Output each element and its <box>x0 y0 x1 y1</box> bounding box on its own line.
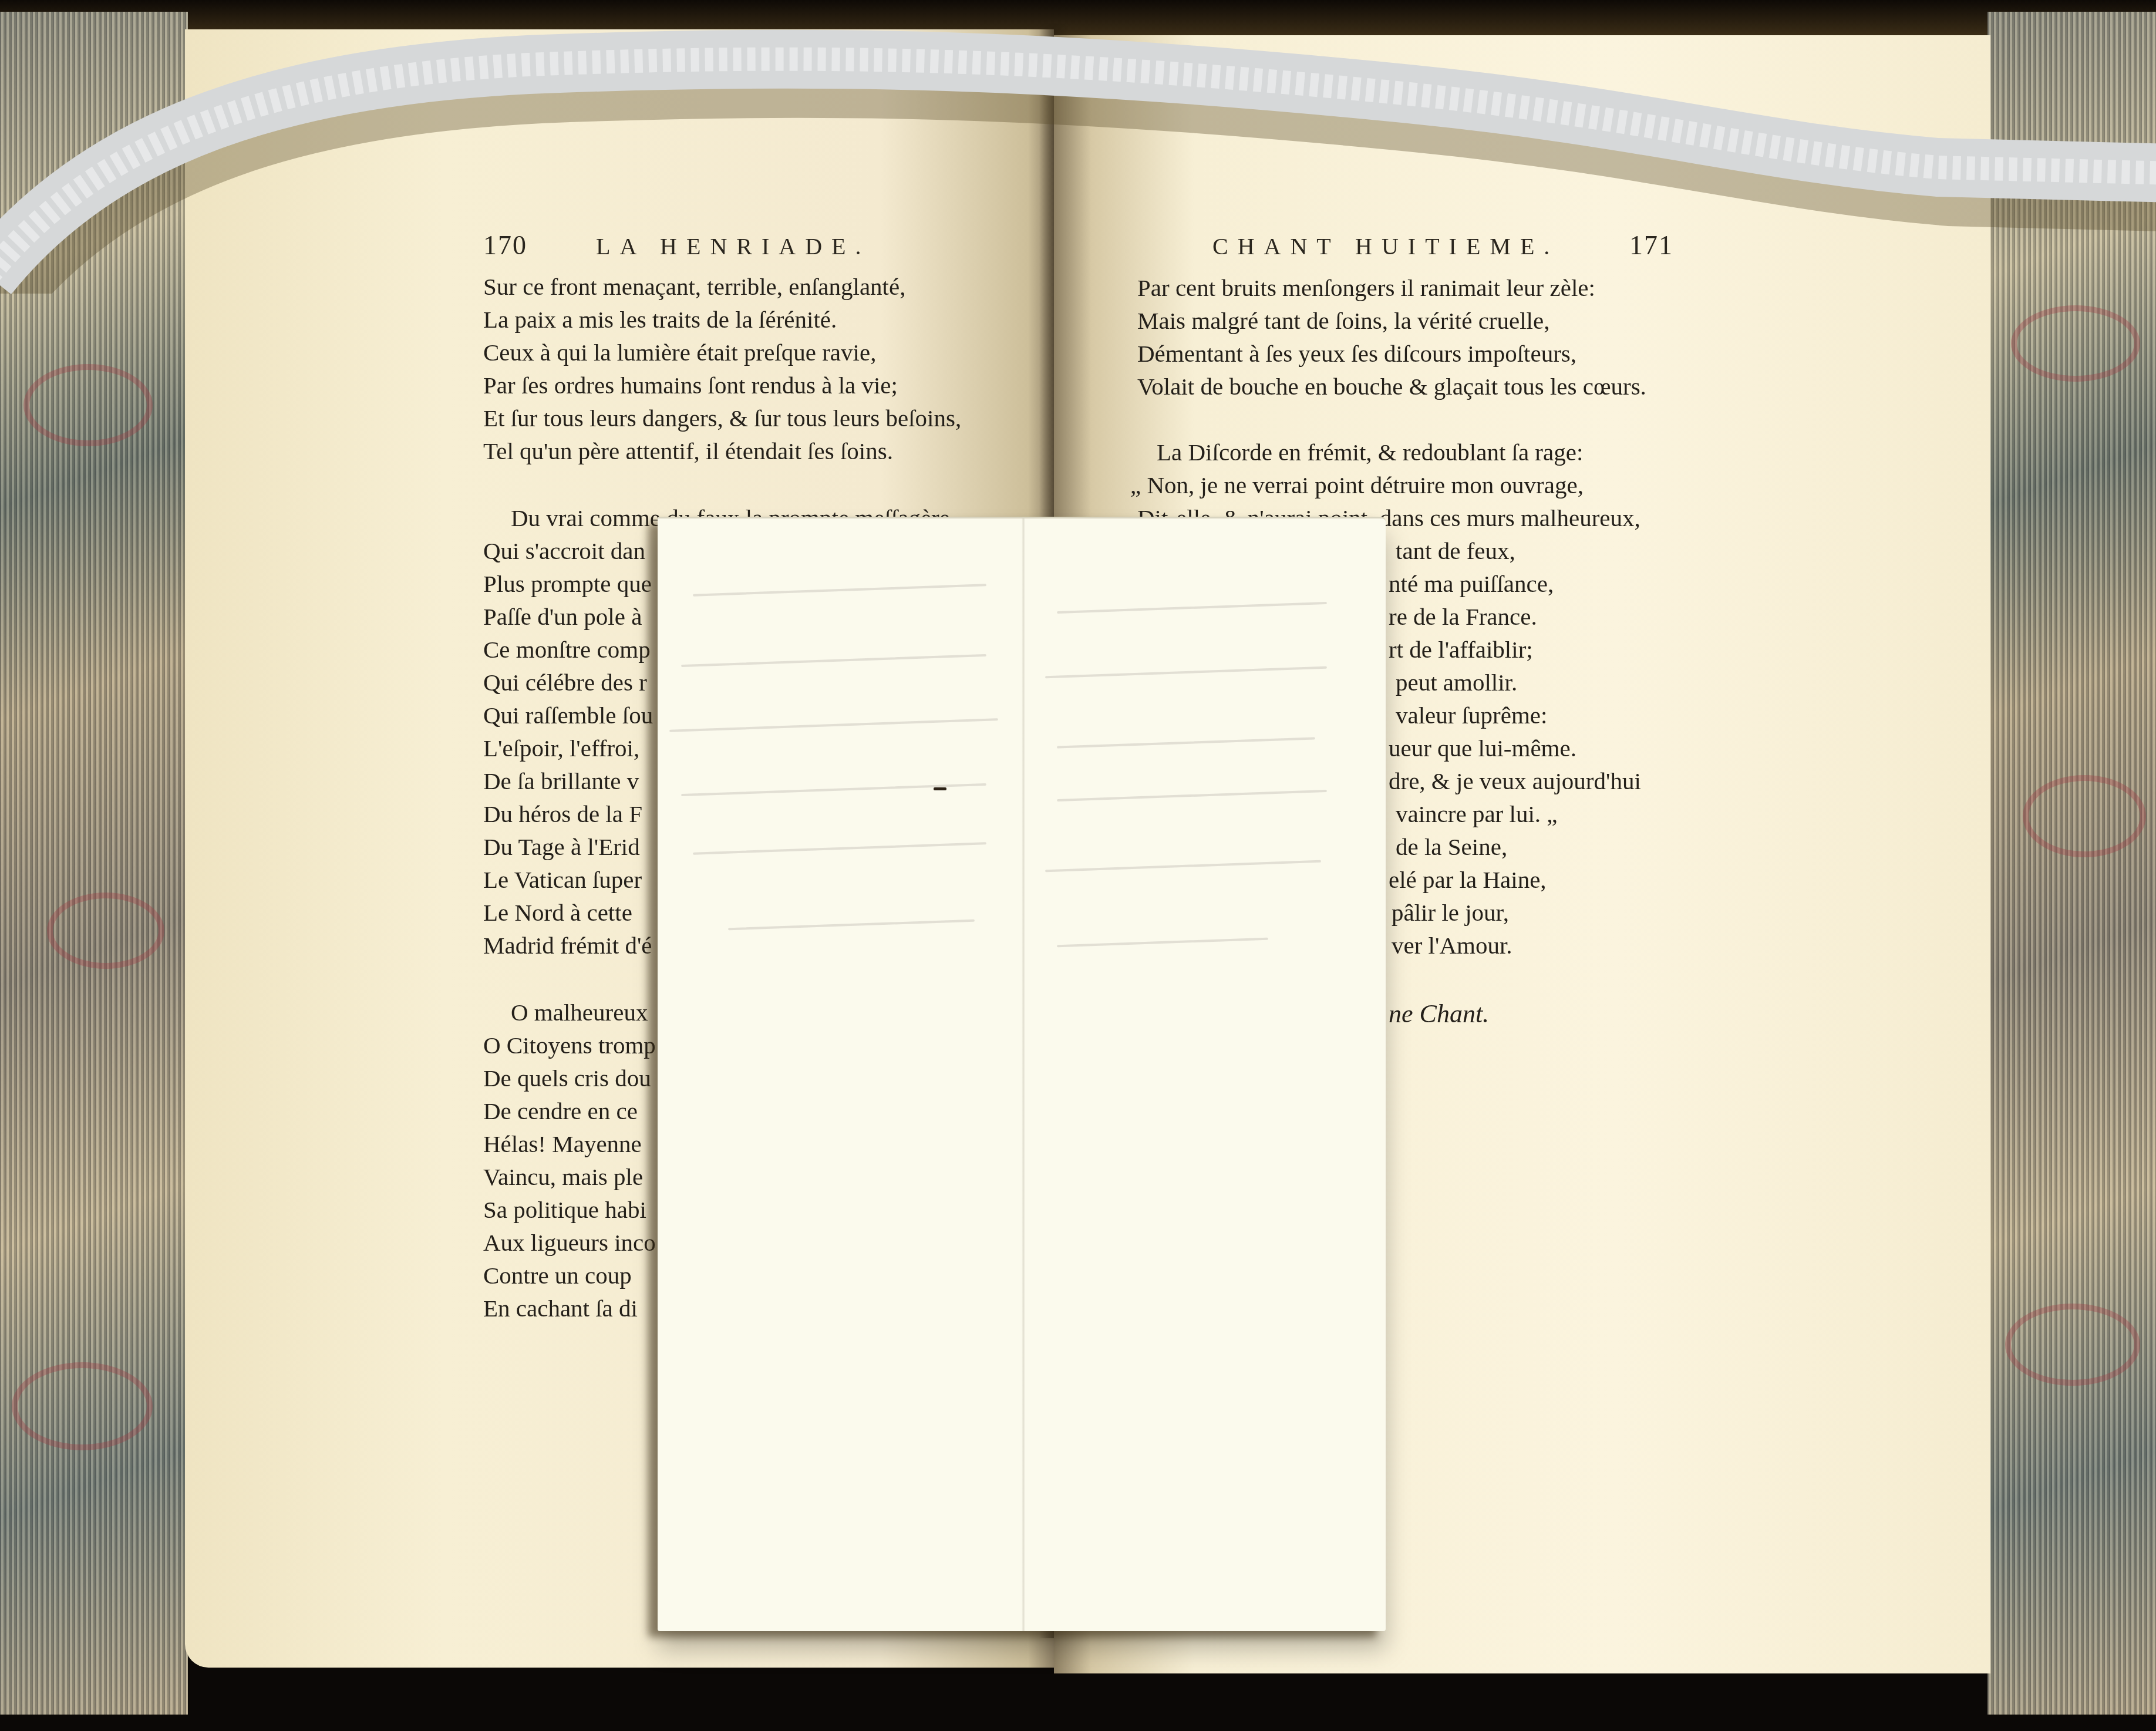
verse-line: elé par la Haine, <box>1389 868 1547 892</box>
verse-line: Démentant à ſes yeux ſes diſcours impoſt… <box>1137 342 1576 366</box>
verse-line: Ceux à qui la lumière était preſque ravi… <box>483 341 876 365</box>
verse-line: nté ma puiſſance, <box>1389 572 1554 596</box>
verse-line: Volait de bouche en bouche & glaçait tou… <box>1137 375 1646 399</box>
verse-line: Aux ligueurs inco <box>483 1231 656 1255</box>
right-fore-edge <box>1987 12 2156 1715</box>
verse-line: Qui raſſemble ſou <box>483 703 653 728</box>
verse-line: Paſſe d'un pole à <box>483 605 642 629</box>
verse-line: de la Seine, <box>1396 835 1507 859</box>
verse-line: O malheureux <box>511 1001 648 1025</box>
verse-line: Par cent bruits menſongers il ranimait l… <box>1137 276 1595 300</box>
verse-line: De quels cris dou <box>483 1066 651 1090</box>
verse-line: pâlir le jour, <box>1392 901 1509 925</box>
verse-line: Du Tage à l'Erid <box>483 835 640 859</box>
verse-line: De ſa brillante v <box>483 769 639 793</box>
verse-line: Plus prompte que <box>483 572 652 596</box>
inserted-note-card <box>658 517 1386 1631</box>
verse-line: Sur ce front menaçant, terrible, enſangl… <box>483 275 905 299</box>
verse-line: L'eſpoir, l'effroi, <box>483 736 639 760</box>
running-head-right: CHANT HUITIEME. <box>1212 235 1559 258</box>
verse-line: La Diſcorde en frémit, & redoublant ſa r… <box>1157 440 1583 464</box>
verse-line: En cachant ſa di <box>483 1296 638 1321</box>
verse-line: Tel qu'un père attentif, il étendait ſes… <box>483 439 893 463</box>
verse-line: ueur que lui-même. <box>1389 736 1576 760</box>
verse-line: La paix a mis les traits de la ſérénité. <box>483 308 837 332</box>
verse-line: Qui célébre des r <box>483 671 647 695</box>
verse-line: Ce monſtre comp <box>483 638 651 662</box>
verse-line: dre, & je veux aujourd'hui <box>1389 769 1641 793</box>
page-number-left: 170 <box>483 232 527 259</box>
verse-line: Du héros de la F <box>483 802 642 826</box>
running-head-left: LA HENRIADE. <box>596 235 871 258</box>
verse-line: Et ſur tous leurs dangers, & ſur tous le… <box>483 406 961 430</box>
verse-line: ver l'Amour. <box>1392 934 1512 958</box>
verse-line: Le Vatican ſuper <box>483 868 642 892</box>
verse-line: „ Non, je ne verrai point détruire mon o… <box>1130 473 1584 497</box>
verse-line: valeur ſuprême: <box>1396 703 1547 728</box>
left-fore-edge <box>0 12 188 1715</box>
verse-line: rt de l'affaiblir; <box>1389 638 1533 662</box>
verse-line: De cendre en ce <box>483 1099 638 1123</box>
verse-line: peut amollir. <box>1396 671 1517 695</box>
verse-line: tant de feux, <box>1396 539 1515 563</box>
verse-line: Hélas! Mayenne <box>483 1132 642 1156</box>
canto-closing: ne Chant. <box>1389 1001 1489 1027</box>
verse-line: Contre un coup <box>483 1264 632 1288</box>
page-number-right: 171 <box>1629 232 1673 259</box>
verse-line: Vaincu, mais ple <box>483 1165 643 1189</box>
verse-line: O Citoyens tromp <box>483 1033 656 1058</box>
verse-line: Par ſes ordres humains ſont rendus à la … <box>483 373 898 398</box>
verse-line: Mais malgré tant de ſoins, la vérité cru… <box>1137 309 1549 333</box>
verse-line: Sa politique habi <box>483 1198 646 1222</box>
verse-line: Le Nord à cette <box>483 901 632 925</box>
card-fold-crease <box>1022 518 1025 1631</box>
ink-speck <box>934 787 946 790</box>
verse-line: Qui s'accroit dan <box>483 539 645 563</box>
verse-line: Madrid frémit d'é <box>483 934 652 958</box>
verse-line: vaincre par lui. „ <box>1396 802 1557 826</box>
verse-line: re de la France. <box>1389 605 1537 629</box>
